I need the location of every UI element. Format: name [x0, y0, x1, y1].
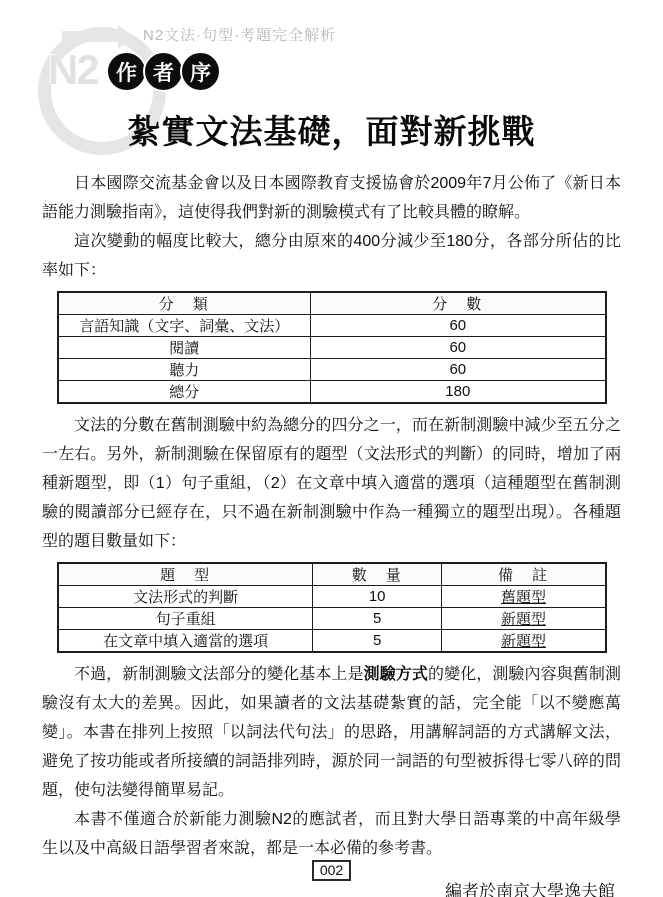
page-title: 紮實文法基礎，面對新挑戰 — [42, 106, 621, 153]
question-table-header-note: 備 註 — [442, 563, 606, 586]
score-table-header-score: 分 數 — [310, 292, 606, 315]
cell-note: 新題型 — [442, 630, 606, 653]
question-table-header-type: 題 型 — [58, 563, 313, 586]
cell-score: 180 — [310, 381, 606, 404]
table-row: 文法形式的判斷 10 舊題型 — [58, 586, 606, 608]
table-row: 總分 180 — [58, 381, 606, 404]
page-content: 紮實文法基礎，面對新挑戰 日本國際交流基金會以及日本國際教育支援協會於2009年… — [42, 0, 621, 897]
cell-category: 聽力 — [58, 359, 310, 381]
cell-type: 句子重組 — [58, 608, 313, 630]
cell-quantity: 5 — [313, 630, 442, 653]
book-page: N2 N2文法·句型·考題完全解析 作 者 序 紮實文法基礎，面對新挑戰 日本國… — [0, 0, 663, 897]
paragraph-text-before: 不過，新制測驗文法部分的變化基本上是 — [74, 666, 364, 683]
cell-note: 舊題型 — [442, 586, 606, 608]
cell-score: 60 — [310, 359, 606, 381]
table-row: 句子重組 5 新題型 — [58, 608, 606, 630]
cell-score: 60 — [310, 337, 606, 359]
paragraph-audience: 本書不僅適合於新能力測驗N2的應試者，而且對大學日語專業的中高年級學生以及中高級… — [42, 805, 621, 863]
table-row: 閱讀 60 — [58, 337, 606, 359]
table-row: 在文章中填入適當的選項 5 新題型 — [58, 630, 606, 653]
cell-quantity: 10 — [313, 586, 442, 608]
cell-note: 新題型 — [442, 608, 606, 630]
cell-type: 在文章中填入適當的選項 — [58, 630, 313, 653]
question-type-table: 題 型 數 量 備 註 文法形式的判斷 10 舊題型 句子重組 5 新題型 在文… — [57, 562, 607, 653]
cell-category: 總分 — [58, 381, 310, 404]
paragraph-intro: 日本國際交流基金會以及日本國際教育支援協會於2009年7月公佈了《新日本語能力測… — [42, 169, 621, 227]
table-header-row: 分 類 分 數 — [58, 292, 606, 315]
cell-quantity: 5 — [313, 608, 442, 630]
paragraph-book-approach: 不過，新制測驗文法部分的變化基本上是測驗方式的變化，測驗內容與舊制測驗沒有太大的… — [42, 660, 621, 805]
table-row: 聽力 60 — [58, 359, 606, 381]
table-row: 言語知識（文字、詞彙、文法） 60 — [58, 315, 606, 337]
cell-category: 言語知識（文字、詞彙、文法） — [58, 315, 310, 337]
paragraph-score-change: 這次變動的幅度比較大，總分由原來的400分減少至180分，各部分所佔的比率如下： — [42, 227, 621, 285]
question-table-header-quantity: 數 量 — [313, 563, 442, 586]
cell-type: 文法形式的判斷 — [58, 586, 313, 608]
editor-signature: 編者於南京大學逸夫館 — [42, 877, 615, 897]
paragraph-question-types: 文法的分數在舊制測驗中約為總分的四分之一，而在新制測驗中減少至五分之一左右。另外… — [42, 411, 621, 556]
score-table-header-category: 分 類 — [58, 292, 310, 315]
table-header-row: 題 型 數 量 備 註 — [58, 563, 606, 586]
emphasis-test-method: 測驗方式 — [364, 666, 428, 683]
paragraph-text-after: 的變化，測驗內容與舊制測驗沒有太大的差異。因此，如果讀者的文法基礎紮實的話，完全… — [42, 666, 621, 799]
cell-category: 閱讀 — [58, 337, 310, 359]
score-table: 分 類 分 數 言語知識（文字、詞彙、文法） 60 閱讀 60 聽力 60 總分… — [57, 291, 607, 404]
cell-score: 60 — [310, 315, 606, 337]
